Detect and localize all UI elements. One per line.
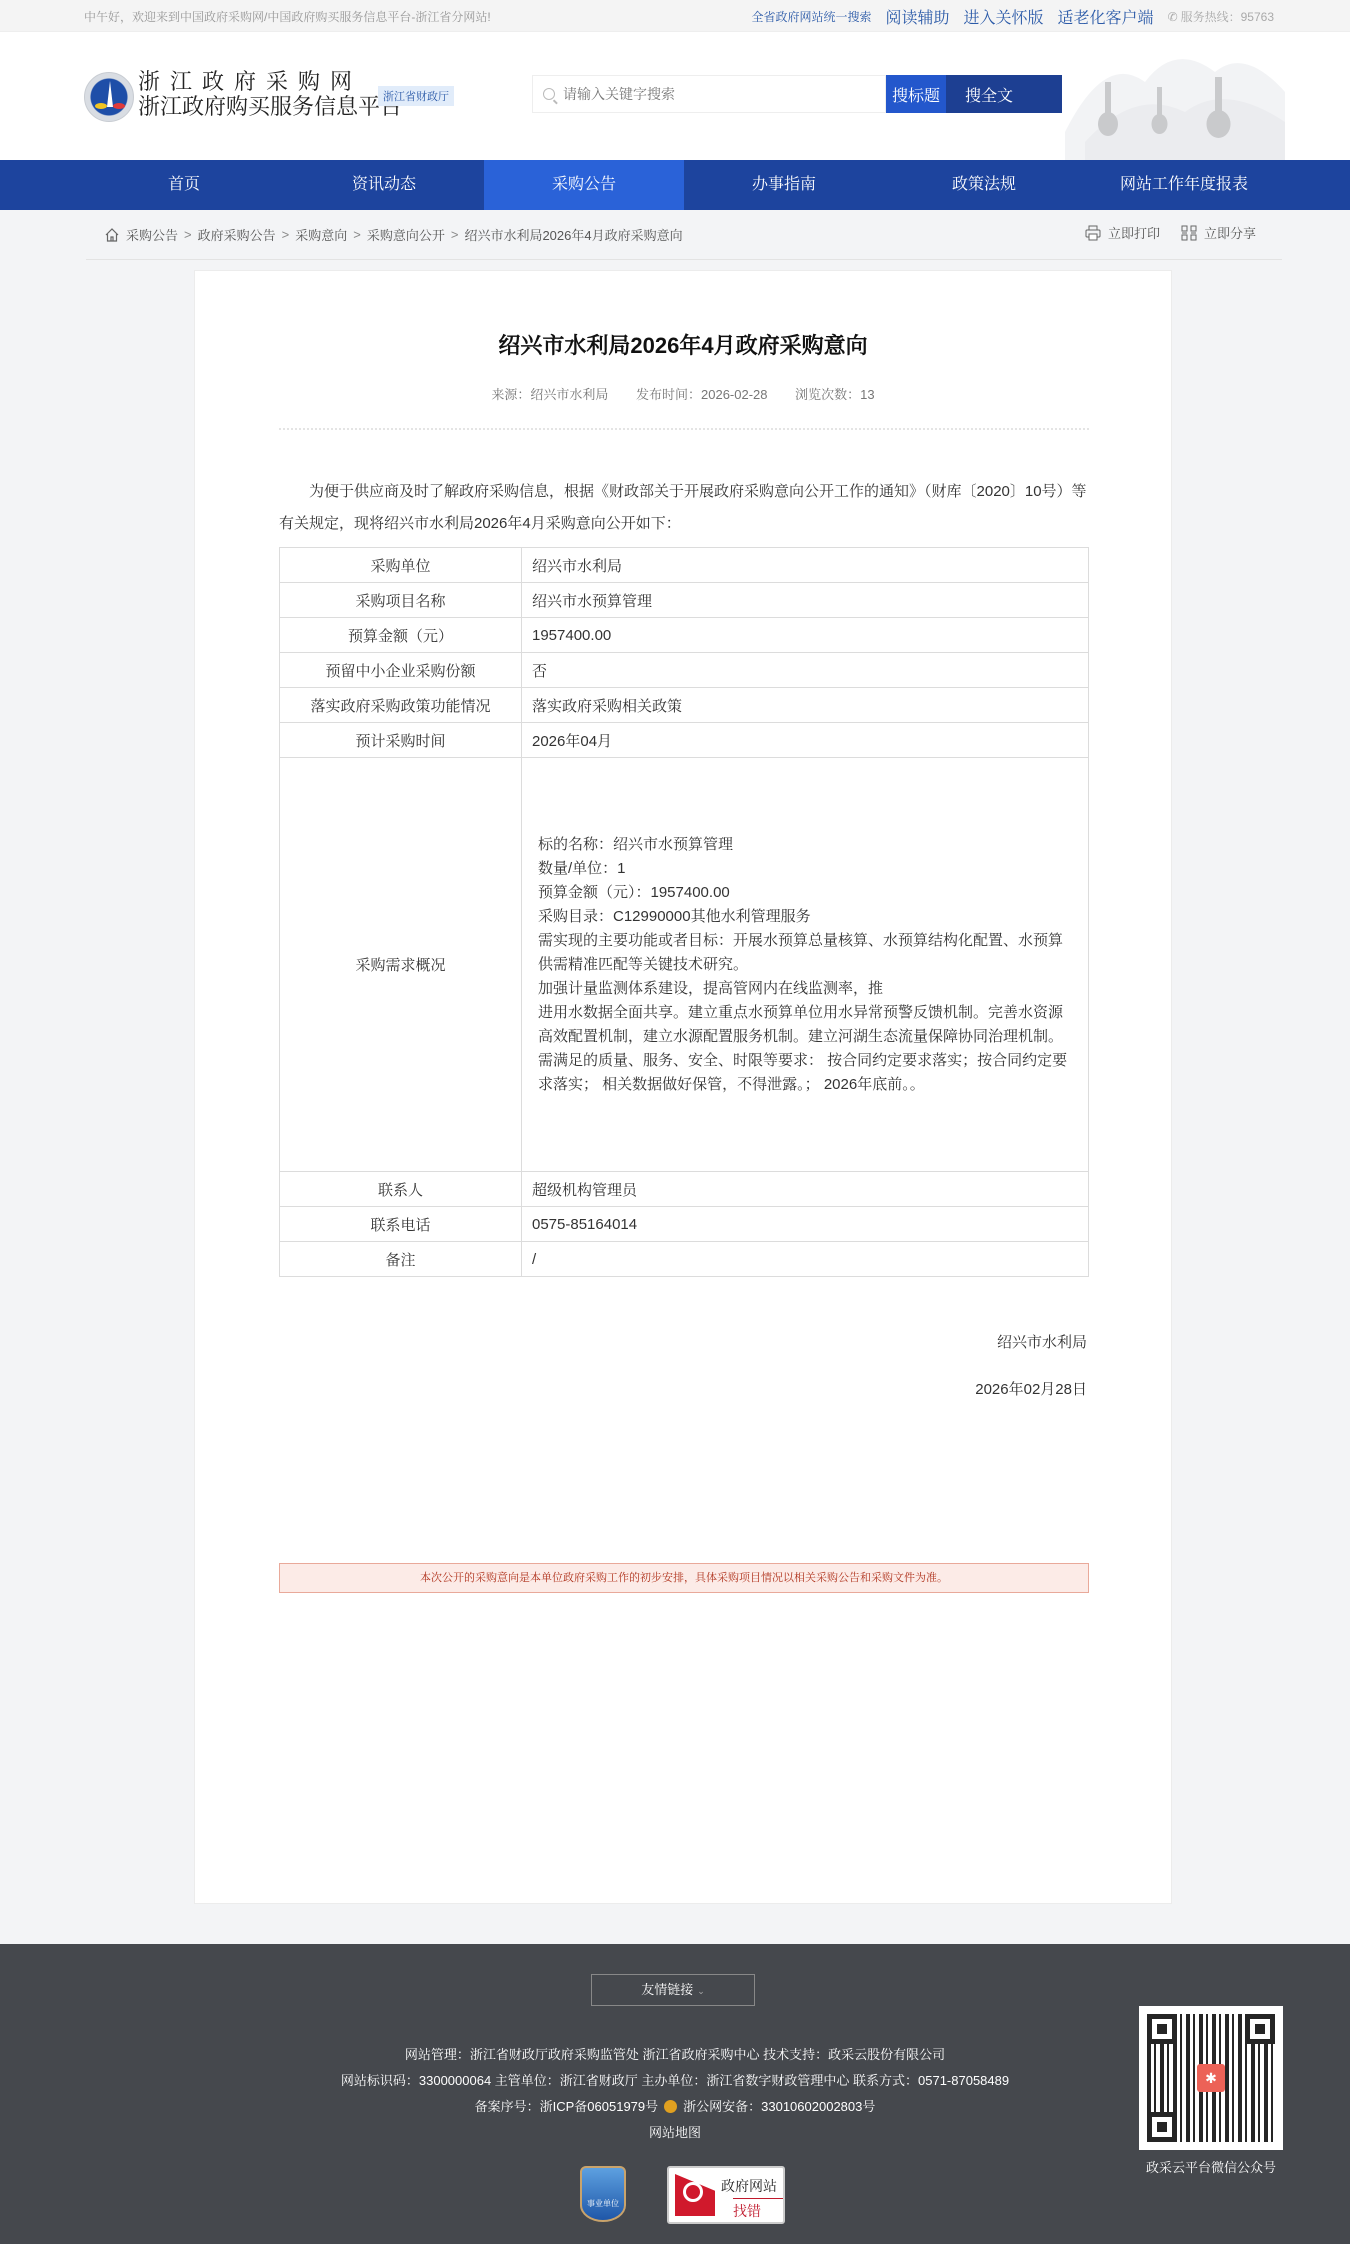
article-intro: 为便于供应商及时了解政府采购信息，根据《财政部关于开展政府采购意向公开工作的通知… — [279, 476, 1089, 540]
breadcrumb-bar: 采购公告> 政府采购公告> 采购意向> 采购意向公开> 绍兴市水利局2026年4… — [86, 210, 1282, 260]
disclaimer-notice: 本次公开的采购意向是本单位政府采购工作的初步安排，具体采购项目情况以相关采购公告… — [279, 1563, 1089, 1593]
magnifier-icon — [683, 2182, 703, 2202]
greeting-text: 中午好，欢迎来到中国政府采购网/中国政府购买服务信息平台-浙江省分网站! — [84, 8, 491, 25]
top-bar: 中午好，欢迎来到中国政府采购网/中国政府购买服务信息平台-浙江省分网站! 全省政… — [0, 0, 1350, 32]
search-box[interactable] — [532, 75, 886, 113]
breadcrumb-item[interactable]: 政府采购公告 — [198, 225, 276, 244]
signature-org: 绍兴市水利局 — [997, 1331, 1087, 1352]
police-badge-icon — [664, 2100, 677, 2113]
icp-link[interactable]: 备案序号：浙ICP备06051979号 — [475, 2099, 659, 2114]
search-icon — [543, 88, 555, 100]
reading-aid-link[interactable]: 阅读辅助 — [886, 5, 950, 28]
table-row: 联系电话0575-85164014 — [280, 1207, 1089, 1242]
qr-caption: 政采云平台微信公众号 — [1130, 2157, 1292, 2176]
printer-icon — [1084, 224, 1102, 242]
hotline: ✆ 服务热线：95763 — [1168, 8, 1274, 25]
nav-annual-report[interactable]: 网站工作年度报表 — [1084, 160, 1284, 210]
table-row-requirements: 采购需求概况 标的名称：绍兴市水预算管理 数量/单位：1 预算金额（元）：195… — [280, 758, 1089, 1172]
nav-home[interactable]: 首页 — [84, 160, 284, 210]
police-record-link[interactable]: 浙公网安备：33010602002803号 — [683, 2099, 875, 2114]
institution-emblem-icon[interactable]: 事业单位 — [580, 2166, 626, 2222]
search-input[interactable] — [563, 86, 863, 102]
article-views: 浏览次数：13 — [795, 387, 874, 402]
care-version-link[interactable]: 进入关怀版 — [964, 5, 1044, 28]
requirements-text: 标的名称：绍兴市水预算管理 数量/单位：1 预算金额（元）：1957400.00… — [532, 833, 1078, 1097]
zcy-logo-icon: ✱ — [1197, 2064, 1225, 2092]
breadcrumb-item[interactable]: 采购意向 — [295, 225, 347, 244]
top-links: 全省政府网站统一搜索 阅读辅助 进入关怀版 适老化客户端 ✆ 服务热线：9576… — [752, 5, 1275, 28]
search-fulltext-button[interactable]: 搜全文 — [946, 75, 1062, 113]
procurement-intent-table: 采购单位绍兴市水利局 采购项目名称绍兴市水预算管理 预算金额（元）1957400… — [279, 547, 1089, 1277]
site-footer: 友情链接⌄ 网站管理：浙江省财政厅政府采购监管处 浙江省政府采购中心 技术支持：… — [0, 1944, 1350, 2244]
search-title-button[interactable]: 搜标题 — [886, 75, 946, 113]
chevron-down-icon: ⌄ — [697, 1986, 705, 1996]
article-meta: 来源：绍兴市水利局 发布时间：2026-02-28 浏览次数：13 — [195, 384, 1171, 403]
gov-site-error-finder[interactable]: 政府网站 找错 — [667, 2166, 785, 2224]
wechat-qr-code: ✱ — [1139, 2006, 1283, 2150]
page-tools: 立即打印 立即分享 — [1084, 223, 1256, 242]
article-title: 绍兴市水利局2026年4月政府采购意向 — [195, 329, 1171, 360]
qr-share-icon — [1180, 224, 1198, 242]
home-icon[interactable] — [104, 227, 120, 243]
table-row: 预留中小企业采购份额否 — [280, 653, 1089, 688]
phone-icon: ✆ — [1168, 10, 1178, 24]
breadcrumb-item[interactable]: 采购公告 — [126, 225, 178, 244]
breadcrumb-item[interactable]: 采购意向公开 — [367, 225, 445, 244]
signature-date: 2026年02月28日 — [975, 1378, 1087, 1399]
table-row: 预算金额（元）1957400.00 — [280, 618, 1089, 653]
site-logo-icon[interactable] — [84, 72, 134, 122]
table-row: 联系人超级机构管理员 — [280, 1172, 1089, 1207]
nav-news[interactable]: 资讯动态 — [284, 160, 484, 210]
divider — [279, 428, 1089, 430]
site-header: 浙江政府采购网 浙江政府购买服务信息平台 浙江省财政厅 搜标题 搜全文 — [0, 32, 1350, 160]
article-publish-time: 发布时间：2026-02-28 — [636, 387, 768, 402]
friend-links-dropdown[interactable]: 友情链接⌄ — [591, 1974, 755, 2006]
breadcrumb: 采购公告> 政府采购公告> 采购意向> 采购意向公开> 绍兴市水利局2026年4… — [104, 225, 683, 244]
nav-guide[interactable]: 办事指南 — [684, 160, 884, 210]
article-card: 绍兴市水利局2026年4月政府采购意向 来源：绍兴市水利局 发布时间：2026-… — [194, 270, 1172, 1904]
elderly-client-link[interactable]: 适老化客户端 — [1058, 5, 1154, 28]
pagoda-landscape-icon — [1065, 32, 1285, 160]
share-button[interactable]: 立即分享 — [1180, 223, 1256, 242]
article-source: 来源：绍兴市水利局 — [491, 387, 608, 402]
sitemap-link[interactable]: 网站地图 — [649, 2125, 701, 2140]
main-nav: 首页 资讯动态 采购公告 办事指南 政策法规 网站工作年度报表 — [0, 160, 1350, 210]
breadcrumb-current: 绍兴市水利局2026年4月政府采购意向 — [464, 225, 682, 244]
table-row: 落实政府采购政策功能情况落实政府采购相关政策 — [280, 688, 1089, 723]
table-row: 采购项目名称绍兴市水预算管理 — [280, 583, 1089, 618]
nav-procurement-notices[interactable]: 采购公告 — [484, 160, 684, 210]
department-badge: 浙江省财政厅 — [378, 86, 454, 106]
nav-policies[interactable]: 政策法规 — [884, 160, 1084, 210]
site-name[interactable]: 浙江政府采购网 浙江政府购买服务信息平台 — [138, 70, 402, 120]
unified-search-link[interactable]: 全省政府网站统一搜索 — [752, 8, 872, 25]
print-button[interactable]: 立即打印 — [1084, 223, 1160, 242]
table-row: 预计采购时间2026年04月 — [280, 723, 1089, 758]
table-row: 采购单位绍兴市水利局 — [280, 548, 1089, 583]
table-row: 备注/ — [280, 1242, 1089, 1277]
